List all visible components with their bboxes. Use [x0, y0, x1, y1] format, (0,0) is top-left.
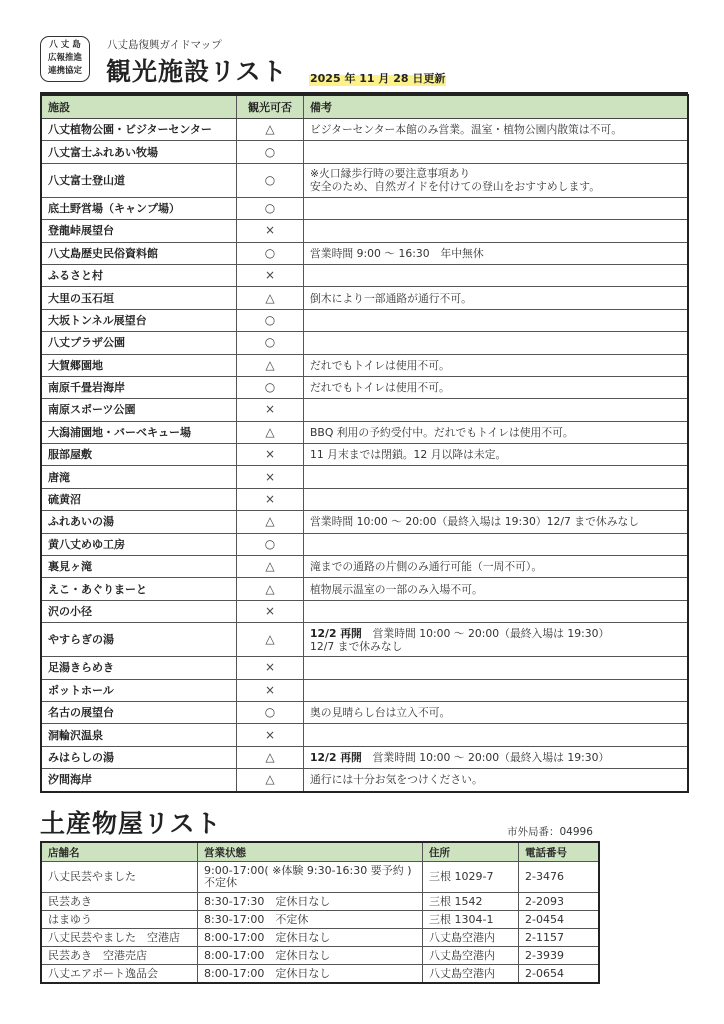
facility-note: ビジターセンター本館のみ営業。温室・植物公園内散策は不可。 [304, 119, 689, 141]
column-header: 営業状態 [198, 842, 423, 862]
facility-note [304, 679, 689, 701]
shop-address: 八丈島空港内 [423, 929, 519, 947]
facility-name: 南原千畳岩海岸 [41, 376, 237, 398]
hours-text: 8:30-17:00 不定休 [204, 913, 308, 926]
table-row: 登龍峠展望台× [41, 220, 688, 242]
facility-name: 洞輪沢温泉 [41, 724, 237, 746]
facility-name: 八丈プラザ公園 [41, 332, 237, 354]
shop-phone: 2-1157 [519, 929, 600, 947]
shop-address: 八丈島空港内 [423, 947, 519, 965]
table-row: 八丈富士登山道○※火口縁歩行時の要注意事項あり安全のため、自然ガイドを付けての登… [41, 163, 688, 197]
status-symbol: ○ [237, 376, 304, 398]
facility-name: ふれあいの湯 [41, 511, 237, 533]
hours-text: 8:30-17:30 定休日なし [204, 895, 330, 908]
facility-name: ふるさと村 [41, 264, 237, 286]
facility-note: 倒木により一部通路が通行不可。 [304, 287, 689, 309]
note-text: 営業時間 9:00 ～ 16:30 年中無休 [310, 247, 484, 260]
facility-note: 通行には十分お気をつけください。 [304, 769, 689, 792]
hours-text: 8:00-17:00 定休日なし [204, 949, 330, 962]
status-symbol: △ [237, 511, 304, 533]
shop-hours: 9:00-17:00( ※体験 9:30-16:30 要予約 )不定休 [198, 862, 423, 893]
table-row: はまゆう8:30-17:00 不定休三根 1304-12-0454 [41, 911, 599, 929]
note-text: 営業時間 10:00 ～ 20:00（最終入場は 19:30） [362, 627, 609, 640]
table-row: ふるさと村× [41, 264, 688, 286]
table-row: 八丈島歴史民俗資料館○営業時間 9:00 ～ 16:30 年中無休 [41, 242, 688, 264]
shop-name: 八丈民芸やました [41, 862, 198, 893]
facility-note [304, 533, 689, 555]
shop-phone: 2-3476 [519, 862, 600, 893]
table-header-row: 店舗名 営業状態 住所 電話番号 [41, 842, 599, 862]
facility-name: 大潟浦園地・バーベキュー場 [41, 421, 237, 443]
table-row: 名古の展望台○奥の見晴らし台は立入不可。 [41, 701, 688, 723]
column-header: 電話番号 [519, 842, 600, 862]
facility-name: 名古の展望台 [41, 701, 237, 723]
status-symbol: △ [237, 623, 304, 657]
facility-note: だれでもトイレは使用不可。 [304, 354, 689, 376]
facility-name: 南原スポーツ公園 [41, 399, 237, 421]
facility-name: 八丈富士ふれあい牧場 [41, 141, 237, 163]
status-symbol: × [237, 264, 304, 286]
status-symbol: △ [237, 769, 304, 792]
facility-name: 八丈島歴史民俗資料館 [41, 242, 237, 264]
note-emphasis: 12/2 再開 [310, 627, 362, 640]
shop-phone: 2-2093 [519, 893, 600, 911]
facility-note: 植物展示温室の一部のみ入場不可。 [304, 578, 689, 600]
facility-name: 大里の玉石垣 [41, 287, 237, 309]
note-text: 滝までの通路の片側のみ通行可能（一周不可）。 [310, 560, 542, 573]
facility-note [304, 332, 689, 354]
facility-note [304, 141, 689, 163]
table-row: 汐間海岸△通行には十分お気をつけください。 [41, 769, 688, 792]
area-code: 市外局番：04996 [507, 824, 593, 839]
table-row: 服部屋敷×11 月末までは閉鎖。12 月以降は未定。 [41, 444, 688, 466]
column-header: 住所 [423, 842, 519, 862]
facility-name: 服部屋敷 [41, 444, 237, 466]
table-row: 大里の玉石垣△倒木により一部通路が通行不可。 [41, 287, 688, 309]
table-row: ふれあいの湯△営業時間 10:00 ～ 20:00（最終入場は 19:30）12… [41, 511, 688, 533]
facility-note [304, 309, 689, 331]
status-symbol: × [237, 679, 304, 701]
status-symbol: ○ [237, 242, 304, 264]
facility-name: 大坂トンネル展望台 [41, 309, 237, 331]
facility-note [304, 600, 689, 622]
table-row: えこ・あぐりまーと△植物展示温室の一部のみ入場不可。 [41, 578, 688, 600]
facility-name: みはらしの湯 [41, 746, 237, 768]
facility-name: 八丈富士登山道 [41, 163, 237, 197]
column-header: 施設 [41, 95, 237, 119]
facility-name: 裏見ヶ滝 [41, 556, 237, 578]
shop-address: 三根 1542 [423, 893, 519, 911]
table-row: 大賀郷園地△だれでもトイレは使用不可。 [41, 354, 688, 376]
facility-note: 奥の見晴らし台は立入不可。 [304, 701, 689, 723]
table-header-row: 施設 観光可否 備考 [41, 95, 688, 119]
note-text: 植物展示温室の一部のみ入場不可。 [310, 583, 483, 596]
facility-name: 八丈植物公園・ビジターセンター [41, 119, 237, 141]
status-symbol: × [237, 466, 304, 488]
facility-note [304, 220, 689, 242]
facility-name: 登龍峠展望台 [41, 220, 237, 242]
note-text: 奥の見晴らし台は立入不可。 [310, 706, 450, 719]
note-text: ビジターセンター本館のみ営業。温室・植物公園内散策は不可。 [310, 123, 622, 136]
status-symbol: △ [237, 119, 304, 141]
table-row: 底土野営場（キャンプ場）○ [41, 197, 688, 219]
note-text: BBQ 利用の予約受付中。だれでもトイレは使用不可。 [310, 426, 574, 439]
note-text-line2: 安全のため、自然ガイドを付けての登山をおすすめします。 [310, 180, 600, 193]
facility-note: BBQ 利用の予約受付中。だれでもトイレは使用不可。 [304, 421, 689, 443]
table-row: 八丈プラザ公園○ [41, 332, 688, 354]
facility-note [304, 264, 689, 286]
facility-note [304, 724, 689, 746]
shop-hours: 8:30-17:00 不定休 [198, 911, 423, 929]
status-symbol: △ [237, 287, 304, 309]
status-symbol: ○ [237, 163, 304, 197]
table-row: 大坂トンネル展望台○ [41, 309, 688, 331]
shop-address: 八丈島空港内 [423, 965, 519, 984]
note-text: だれでもトイレは使用不可。 [310, 359, 450, 372]
table-row: 大潟浦園地・バーベキュー場△BBQ 利用の予約受付中。だれでもトイレは使用不可。 [41, 421, 688, 443]
shop-name: 八丈エアポート逸品会 [41, 965, 198, 984]
status-symbol: △ [237, 556, 304, 578]
table-row: 黄八丈めゆ工房○ [41, 533, 688, 555]
facility-note: 12/2 再開 営業時間 10:00 ～ 20:00（最終入場は 19:30） [304, 746, 689, 768]
note-text-line2: 12/7 まで休みなし [310, 640, 402, 653]
status-symbol: × [237, 724, 304, 746]
note-text: だれでもトイレは使用不可。 [310, 381, 450, 394]
shop-name: はまゆう [41, 911, 198, 929]
note-text: 11 月末までは閉鎖。12 月以降は未定。 [310, 448, 506, 461]
table-row: 八丈民芸やました9:00-17:00( ※体験 9:30-16:30 要予約 )… [41, 862, 599, 893]
subtitle: 八丈島復興ガイドマップ [107, 37, 222, 52]
facility-note [304, 399, 689, 421]
shop-phone: 2-0654 [519, 965, 600, 984]
note-emphasis: 12/2 再開 [310, 751, 362, 764]
shop-name: 八丈民芸やました 空港店 [41, 929, 198, 947]
note-text: 営業時間 10:00 ～ 20:00（最終入場は 19:30）12/7 まで休み… [310, 515, 639, 528]
hours-text: 8:00-17:00 定休日なし [204, 967, 330, 980]
facility-note: 滝までの通路の片側のみ通行可能（一周不可）。 [304, 556, 689, 578]
badge-line: 八 丈 島 [41, 39, 89, 52]
facility-note: 12/2 再開 営業時間 10:00 ～ 20:00（最終入場は 19:30）1… [304, 623, 689, 657]
facility-name: 底土野営場（キャンプ場） [41, 197, 237, 219]
status-symbol: ○ [237, 533, 304, 555]
note-text: 倒木により一部通路が通行不可。 [310, 292, 472, 305]
badge-line: 連携協定 [41, 65, 89, 78]
facility-note: ※火口縁歩行時の要注意事項あり安全のため、自然ガイドを付けての登山をおすすめしま… [304, 163, 689, 197]
status-symbol: ○ [237, 141, 304, 163]
table-row: 唐滝× [41, 466, 688, 488]
status-symbol: △ [237, 578, 304, 600]
facility-name: 唐滝 [41, 466, 237, 488]
table-row: 民芸あき 空港売店8:00-17:00 定休日なし八丈島空港内2-3939 [41, 947, 599, 965]
facility-name: 汐間海岸 [41, 769, 237, 792]
status-symbol: × [237, 444, 304, 466]
facility-name: やすらぎの湯 [41, 623, 237, 657]
facility-note [304, 488, 689, 510]
note-text: 通行には十分お気をつけください。 [310, 773, 483, 786]
status-symbol: ○ [237, 309, 304, 331]
shop-hours: 8:00-17:00 定休日なし [198, 947, 423, 965]
shop-phone: 2-0454 [519, 911, 600, 929]
page-title: 観光施設リスト [106, 52, 288, 88]
table-row: 民芸あき8:30-17:30 定休日なし三根 15422-2093 [41, 893, 599, 911]
shop-hours: 8:30-17:30 定休日なし [198, 893, 423, 911]
status-symbol: △ [237, 746, 304, 768]
status-symbol: × [237, 399, 304, 421]
facility-name: 足湯きらめき [41, 657, 237, 679]
facility-note: 11 月末までは閉鎖。12 月以降は未定。 [304, 444, 689, 466]
table-row: やすらぎの湯△12/2 再開 営業時間 10:00 ～ 20:00（最終入場は … [41, 623, 688, 657]
status-symbol: ○ [237, 197, 304, 219]
shop-address: 三根 1304-1 [423, 911, 519, 929]
table-row: 八丈富士ふれあい牧場○ [41, 141, 688, 163]
status-symbol: ○ [237, 701, 304, 723]
table-row: 八丈植物公園・ビジターセンター△ビジターセンター本館のみ営業。温室・植物公園内散… [41, 119, 688, 141]
status-symbol: △ [237, 354, 304, 376]
table-row: 裏見ヶ滝△滝までの通路の片側のみ通行可能（一周不可）。 [41, 556, 688, 578]
table-row: 南原千畳岩海岸○だれでもトイレは使用不可。 [41, 376, 688, 398]
facilities-table: 施設 観光可否 備考 八丈植物公園・ビジターセンター△ビジターセンター本館のみ営… [40, 94, 689, 793]
table-row: 足湯きらめき× [41, 657, 688, 679]
facility-note [304, 466, 689, 488]
table-row: 洞輪沢温泉× [41, 724, 688, 746]
table-row: みはらしの湯△12/2 再開 営業時間 10:00 ～ 20:00（最終入場は … [41, 746, 688, 768]
logo-badge: 八 丈 島 広報推進 連携協定 [40, 36, 90, 82]
facility-name: 硫黄沼 [41, 488, 237, 510]
facility-note: だれでもトイレは使用不可。 [304, 376, 689, 398]
status-symbol: × [237, 600, 304, 622]
shops-table: 店舗名 営業状態 住所 電話番号 八丈民芸やました9:00-17:00( ※体験… [40, 841, 600, 984]
facility-note [304, 197, 689, 219]
note-text: 営業時間 10:00 ～ 20:00（最終入場は 19:30） [362, 751, 609, 764]
facility-name: 大賀郷園地 [41, 354, 237, 376]
status-symbol: △ [237, 421, 304, 443]
facility-name: えこ・あぐりまーと [41, 578, 237, 600]
column-header: 備考 [304, 95, 689, 119]
facility-name: ポットホール [41, 679, 237, 701]
hours-text: 8:00-17:00 定休日なし [204, 931, 330, 944]
table-row: 沢の小径× [41, 600, 688, 622]
badge-line: 広報推進 [41, 52, 89, 65]
shop-name: 民芸あき 空港売店 [41, 947, 198, 965]
status-symbol: ○ [237, 332, 304, 354]
facility-name: 沢の小径 [41, 600, 237, 622]
updated-date: 2025 年 11 月 28 日更新 [309, 70, 446, 86]
shop-name: 民芸あき [41, 893, 198, 911]
table-row: 南原スポーツ公園× [41, 399, 688, 421]
table-row: 硫黄沼× [41, 488, 688, 510]
status-symbol: × [237, 220, 304, 242]
status-symbol: × [237, 488, 304, 510]
table-row: ポットホール× [41, 679, 688, 701]
table-row: 八丈民芸やました 空港店8:00-17:00 定休日なし八丈島空港内2-1157 [41, 929, 599, 947]
shop-address: 三根 1029-7 [423, 862, 519, 893]
note-text: ※火口縁歩行時の要注意事項あり [310, 167, 470, 180]
table-row: 八丈エアポート逸品会8:00-17:00 定休日なし八丈島空港内2-0654 [41, 965, 599, 984]
column-header: 店舗名 [41, 842, 198, 862]
section-title: 土産物屋リスト [40, 804, 222, 840]
shop-phone: 2-3939 [519, 947, 600, 965]
facility-note: 営業時間 9:00 ～ 16:30 年中無休 [304, 242, 689, 264]
hours-text-line2: 不定休 [204, 876, 237, 889]
shop-hours: 8:00-17:00 定休日なし [198, 929, 423, 947]
status-symbol: × [237, 657, 304, 679]
column-header: 観光可否 [237, 95, 304, 119]
facility-name: 黄八丈めゆ工房 [41, 533, 237, 555]
facility-note [304, 657, 689, 679]
facility-note: 営業時間 10:00 ～ 20:00（最終入場は 19:30）12/7 まで休み… [304, 511, 689, 533]
shop-hours: 8:00-17:00 定休日なし [198, 965, 423, 984]
